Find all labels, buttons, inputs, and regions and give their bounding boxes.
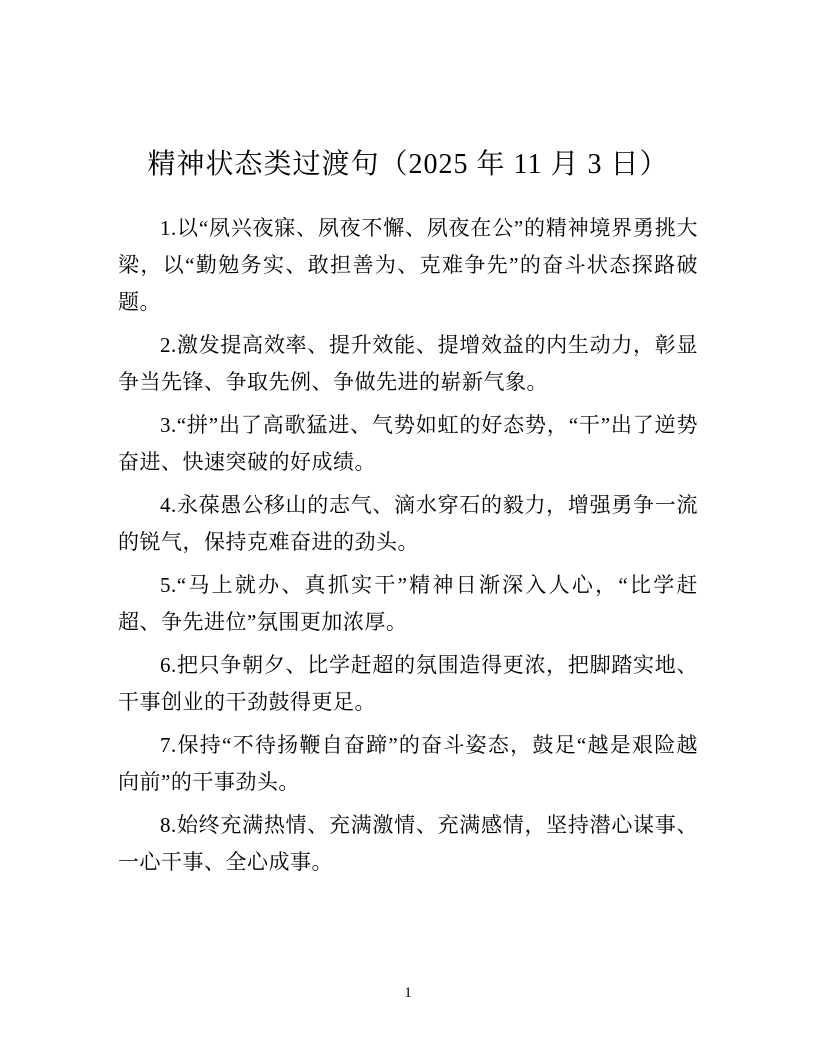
document-title: 精神状态类过渡句（2025 年 11 月 3 日） xyxy=(0,0,816,184)
page-number: 1 xyxy=(0,983,816,1003)
paragraph-7: 7.保持“不待扬鞭自奋蹄”的奋斗姿态，鼓足“越是艰险越向前”的干事劲头。 xyxy=(118,727,698,801)
paragraph-4: 4.永葆愚公移山的志气、滴水穿石的毅力，增强勇争一流的锐气，保持克难奋进的劲头。 xyxy=(118,487,698,561)
paragraph-6: 6.把只争朝夕、比学赶超的氛围造得更浓，把脚踏实地、干事创业的干劲鼓得更足。 xyxy=(118,647,698,721)
paragraph-1: 1.以“夙兴夜寐、夙夜不懈、夙夜在公”的精神境界勇挑大梁，以“勤勉务实、敢担善为… xyxy=(118,210,698,321)
document-page: 精神状态类过渡句（2025 年 11 月 3 日） 1.以“夙兴夜寐、夙夜不懈、… xyxy=(0,0,816,1056)
paragraph-3: 3.“拼”出了高歌猛进、气势如虹的好态势，“干”出了逆势奋进、快速突破的好成绩。 xyxy=(118,407,698,481)
paragraph-2: 2.激发提高效率、提升效能、提增效益的内生动力，彰显争当先锋、争取先例、争做先进… xyxy=(118,327,698,401)
paragraph-8: 8.始终充满热情、充满激情、充满感情，坚持潜心谋事、一心干事、全心成事。 xyxy=(118,807,698,881)
paragraph-5: 5.“马上就办、真抓实干”精神日渐深入人心，“比学赶超、争先进位”氛围更加浓厚。 xyxy=(118,567,698,641)
document-body: 1.以“夙兴夜寐、夙夜不懈、夙夜在公”的精神境界勇挑大梁，以“勤勉务实、敢担善为… xyxy=(0,184,816,881)
